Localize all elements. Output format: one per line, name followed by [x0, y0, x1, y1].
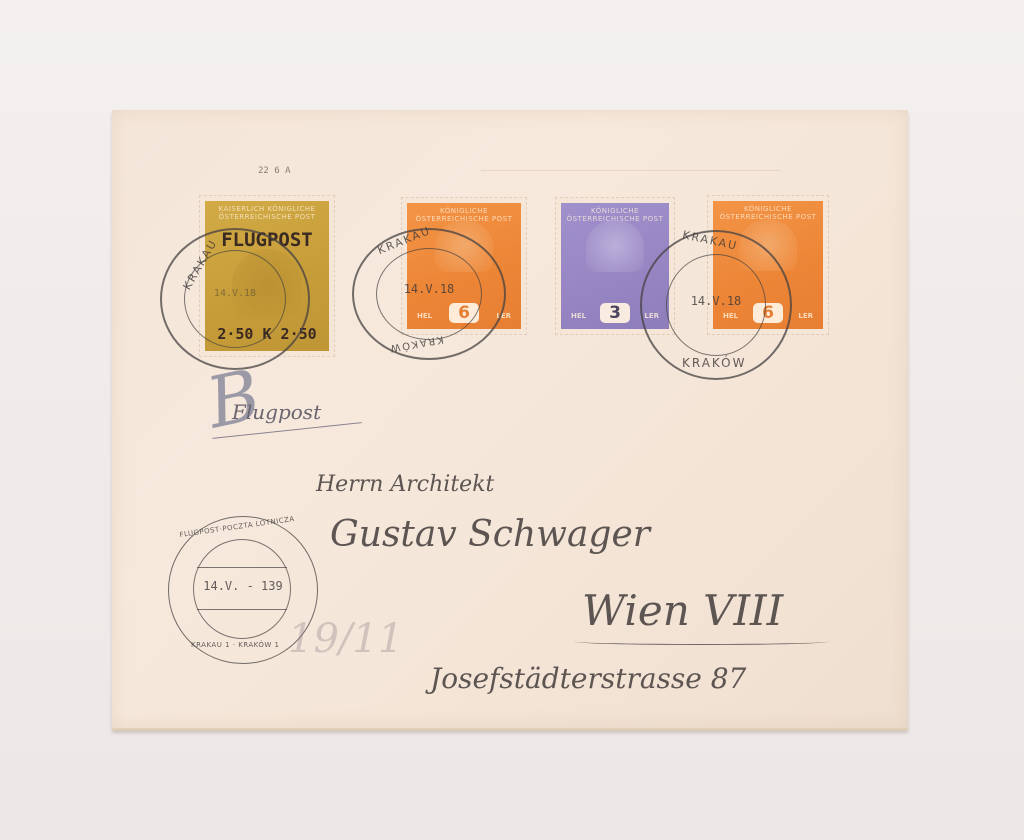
address-line-3: Wien VIII	[582, 586, 783, 635]
postmark-circle-top-text: FLUGPOST·POCZTA LOTNICZA	[179, 515, 295, 539]
handwritten-flugpost-note: Flugpost	[232, 400, 321, 424]
crown-icon	[586, 220, 644, 272]
postmark-krakau-3: KRAKAU 14.V.18 KRAKÓW	[640, 230, 792, 380]
stamp-border-text: KAISERLICH KÖNIGLICHE ÖSTERREICHISCHE PO…	[205, 205, 329, 221]
postmark-date: 14.V.18	[162, 288, 308, 299]
postmark-circle-bottom-text: KRAKAU 1 · KRAKÓW 1	[191, 641, 279, 649]
postmark-bar	[197, 609, 287, 610]
stamp-value: 3	[600, 303, 630, 323]
address-line-1: Herrn Architekt	[316, 472, 494, 497]
pencil-numbers: 19/11	[288, 616, 403, 662]
address-underline	[574, 638, 829, 645]
address-line-2: Gustav Schwager	[330, 514, 650, 555]
postmark-krakau-2: KRAKAU 14.V.18 KRAKÓW	[352, 228, 506, 360]
blue-pencil-mark: B	[200, 354, 267, 445]
postmark-krakau-1: KRAKAU 14.V.18	[160, 228, 310, 370]
address-line-4: Josefstädterstrasse 87	[430, 662, 746, 695]
flap-crease	[481, 110, 803, 171]
postmark-date: 14.V.18	[354, 282, 504, 296]
postmark-date: 14.V. - 139	[169, 579, 317, 593]
postmark-town: KRAKAU	[681, 228, 739, 252]
postmark-bar	[197, 567, 287, 568]
pencil-note: 22 6 A	[258, 166, 291, 176]
envelope: 22 6 A KAISERLICH KÖNIGLICHE ÖSTERREICHI…	[112, 110, 908, 730]
postmark-date: 14.V.18	[642, 294, 790, 308]
postmark-town-bottom: KRAKÓW	[682, 356, 746, 370]
